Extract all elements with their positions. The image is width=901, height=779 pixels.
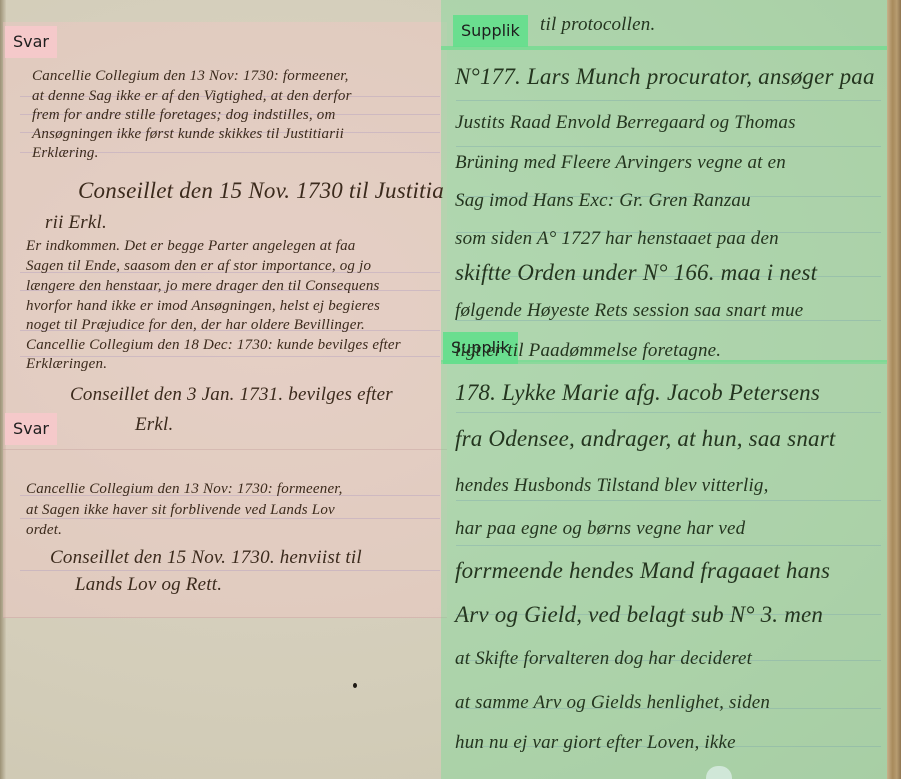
handwritten-line: Erkl. bbox=[135, 414, 173, 436]
handwritten-line: rii Erkl. bbox=[45, 212, 107, 234]
handwritten-line: Sag imod Hans Exc: Gr. Gren Ranzau bbox=[455, 190, 751, 212]
handwritten-line: Erklæringen. bbox=[26, 356, 107, 373]
handwritten-line: skiftte Orden under N° 166. maa i nest bbox=[455, 260, 817, 286]
handwritten-line: hendes Husbonds Tilstand blev vitterlig, bbox=[455, 475, 769, 497]
handwritten-line: Brüning med Fleere Arvingers vegne at en bbox=[455, 152, 786, 174]
handwritten-line: Arv og Gield, ved belagt sub N° 3. men bbox=[455, 602, 823, 628]
handwritten-line: ordet. bbox=[26, 522, 62, 539]
handwritten-line: noget til Præjudice for den, der har old… bbox=[26, 317, 365, 334]
handwritten-line: at denne Sag ikke er af den Vigtighed, a… bbox=[32, 88, 352, 105]
handwritten-line: Lands Lov og Rett. bbox=[75, 574, 222, 596]
handwritten-line: Justits Raad Envold Berregaard og Thomas bbox=[455, 112, 796, 134]
handwritten-line: hun nu ej var giort efter Loven, ikke bbox=[455, 732, 736, 754]
handwritten-line: at Sagen ikke haver sit forblivende ved … bbox=[26, 502, 335, 519]
handwritten-line: Cancellie Collegium den 18 Dec: 1730: ku… bbox=[26, 337, 401, 354]
ink-speck bbox=[353, 683, 357, 688]
handwritten-line: Ansøgningen ikke først kunde skikkes til… bbox=[32, 126, 344, 143]
handwritten-line: forrmeende hendes Mand fragaaet hans bbox=[455, 558, 830, 584]
handwritten-line: at samme Arv og Gields henlighet, siden bbox=[455, 692, 770, 714]
handwritten-line: Conseillet den 3 Jan. 1731. bevilges eft… bbox=[70, 384, 393, 406]
manuscript-page: Svar Supplik Supplik Svar Cancellie Coll… bbox=[0, 0, 901, 779]
handwritten-line: Sagen til Ende, saasom den er af stor im… bbox=[26, 258, 371, 275]
book-binding bbox=[887, 0, 901, 779]
svar-label-2[interactable]: Svar bbox=[5, 413, 57, 445]
handwritten-line: følgende Høyeste Rets session saa snart … bbox=[455, 300, 803, 322]
handwritten-line: til protocollen. bbox=[540, 14, 655, 36]
handwritten-line: frem for andre stille foretages; dog ind… bbox=[32, 107, 336, 124]
handwritten-line: fra Odensee, andrager, at hun, saa snart bbox=[455, 426, 835, 452]
supplik-label-1[interactable]: Supplik bbox=[453, 15, 528, 47]
handwritten-line: Cancellie Collegium den 13 Nov: 1730: fo… bbox=[26, 481, 343, 498]
handwritten-line: at Skifte forvalteren dog har decideret bbox=[455, 648, 752, 670]
handwritten-line: ligt er til Paadømmelse foretagne. bbox=[455, 340, 721, 362]
handwritten-line: Conseillet den 15 Nov. 1730 til Justitia bbox=[78, 178, 444, 204]
handwritten-line: N°177. Lars Munch procurator, ansøger pa… bbox=[455, 64, 875, 90]
handwritten-line: længere den henstaar, jo mere drager den… bbox=[26, 278, 380, 295]
handwritten-line: Cancellie Collegium den 13 Nov: 1730: fo… bbox=[32, 68, 349, 85]
handwritten-line: Conseillet den 15 Nov. 1730. henviist ti… bbox=[50, 547, 362, 569]
handwritten-line: Erklæring. bbox=[32, 145, 99, 162]
handwritten-line: har paa egne og børns vegne har ved bbox=[455, 518, 745, 540]
handwritten-line: Er indkommen. Det er begge Parter angele… bbox=[26, 238, 356, 255]
handwritten-line: som siden A° 1727 har henstaaet paa den bbox=[455, 228, 779, 250]
svar-region-2[interactable] bbox=[3, 450, 447, 618]
svar-label-1[interactable]: Svar bbox=[5, 26, 57, 58]
handwritten-line: hvorfor hand ikke er imod Ansøgningen, h… bbox=[26, 298, 380, 315]
handwritten-line: 178. Lykke Marie afg. Jacob Petersens bbox=[455, 380, 820, 406]
